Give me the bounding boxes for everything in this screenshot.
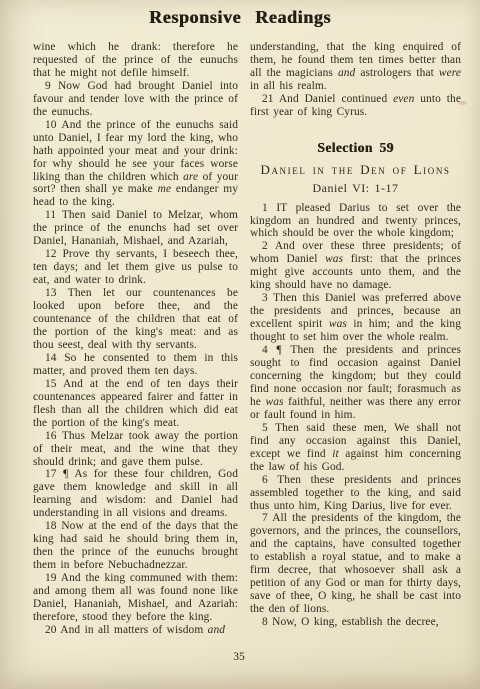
- right-column: understanding, that the king enquired of…: [250, 41, 461, 629]
- verse-paragraph: 19 And the king communed with them: and …: [33, 572, 238, 624]
- verse-paragraph: 8 Now, O king, establish the decree,: [250, 616, 461, 629]
- verse-paragraph: 9 Now God had brought Daniel into favour…: [33, 80, 238, 119]
- selection-reference: Daniel VI: 1-17: [250, 182, 461, 195]
- selection-heading: Selection 59: [250, 142, 461, 155]
- verse-paragraph: 1 IT pleased Darius to set over the king…: [250, 202, 461, 241]
- verse-paragraph: 20 And in all matters of wisdom and: [33, 624, 238, 637]
- verse-paragraph: 18 Now at the end of the days that the k…: [33, 520, 238, 572]
- verse-paragraph: wine which he drank: therefore he reques…: [33, 41, 238, 80]
- verse-paragraph: understanding, that the king enquired of…: [250, 41, 461, 93]
- verse-paragraph: 2 And over these three presidents; of wh…: [250, 240, 461, 292]
- verse-paragraph: 6 Then these presidents and princes asse…: [250, 474, 461, 513]
- verse-paragraph: 10 And the prince of the eunuchs said un…: [33, 119, 238, 210]
- verse-paragraph: 4 ¶ Then the presidents and princes soug…: [250, 344, 461, 422]
- right-column-continuation: understanding, that the king enquired of…: [250, 41, 461, 119]
- page-title: Responsive Readings: [0, 7, 480, 28]
- verse-paragraph: 12 Prove thy servants, I beseech thee, t…: [33, 248, 238, 287]
- book-page: Responsive Readings wine which he drank:…: [0, 0, 480, 689]
- verse-paragraph: 14 So he consented to them in this matte…: [33, 352, 238, 378]
- page-number: 35: [224, 651, 254, 663]
- verse-paragraph: 21 And Daniel continued even unto the fi…: [250, 93, 461, 119]
- verse-paragraph: 16 Thus Melzar took away the portion of …: [33, 430, 238, 469]
- verse-paragraph: 15 And at the end of ten days their coun…: [33, 378, 238, 430]
- verse-paragraph: 13 Then let our countenances be looked u…: [33, 287, 238, 352]
- verse-paragraph: 17 ¶ As for these four children, God gav…: [33, 468, 238, 520]
- selection-verses: 1 IT pleased Darius to set over the king…: [250, 202, 461, 629]
- verse-paragraph: 11 Then said Daniel to Melzar, whom the …: [33, 209, 238, 248]
- verse-paragraph: 5 Then said these men, We shall not find…: [250, 422, 461, 474]
- left-column: wine which he drank: therefore he reques…: [33, 41, 238, 637]
- verse-paragraph: 3 Then this Daniel was preferred above t…: [250, 292, 461, 344]
- selection-subheading: Daniel in the Den of Lions: [250, 164, 461, 177]
- verse-paragraph: 7 All the presidents of the kingdom, the…: [250, 512, 461, 616]
- scan-artifact-speck: [458, 101, 467, 105]
